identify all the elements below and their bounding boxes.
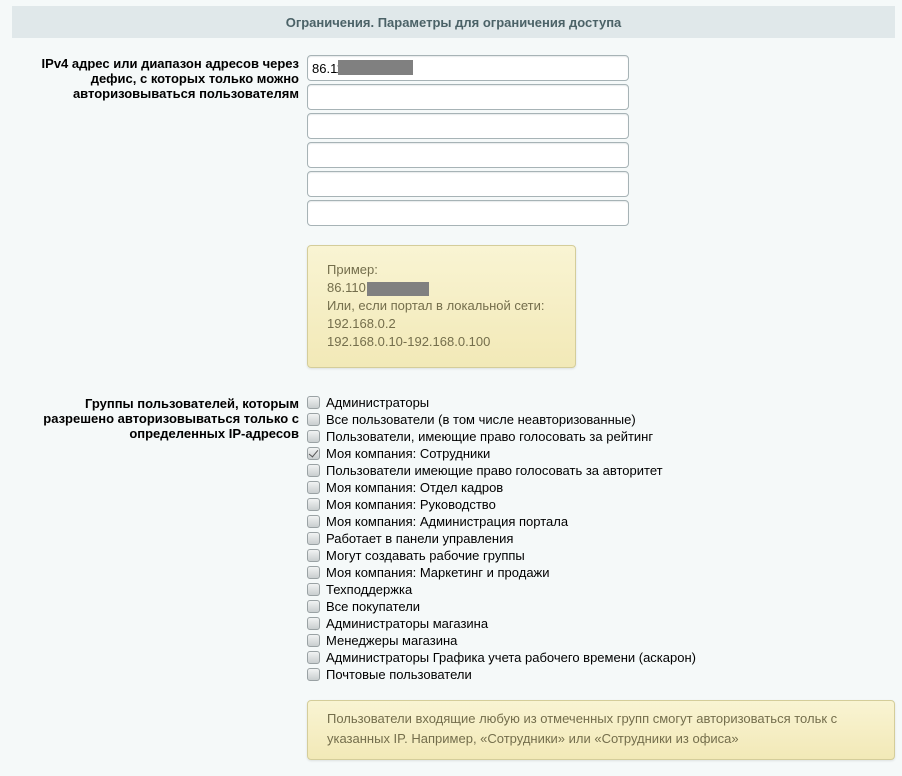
checkbox-icon[interactable] [307,515,320,528]
groups-label-line: разрешено авторизовываться только с [43,411,299,426]
checkbox-icon[interactable] [307,498,320,511]
checkbox-icon[interactable] [307,651,320,664]
ip-input-6[interactable] [307,200,629,226]
group-checkbox-label[interactable]: Работает в панели управления [326,531,513,546]
ip-input-3[interactable] [307,113,629,139]
group-checkbox-label[interactable]: Пользователи, имеющие право голосовать з… [326,429,653,444]
group-checkbox-row[interactable]: Менеджеры магазина [307,632,696,649]
hint-example-ip: 86.110 [327,279,556,297]
ip-input-4[interactable] [307,142,629,168]
groups-checkbox-list: АдминистраторыВсе пользователи (в том чи… [307,394,696,683]
group-checkbox-row[interactable]: Администраторы магазина [307,615,696,632]
hint-local-note: Или, если портал в локальной сети: [327,297,556,315]
groups-hint-line: Пользователи входящие любую из отмеченны… [327,709,875,729]
ip-label-line: IPv4 адрес или диапазон адресов через [42,56,299,71]
checkbox-icon[interactable] [307,600,320,613]
groups-hint-line: указанных IP. Например, «Сотрудники» или… [327,729,875,749]
group-checkbox-row[interactable]: Все пользователи (в том числе неавторизо… [307,411,696,428]
checkbox-checked-icon[interactable] [307,447,320,460]
group-checkbox-label[interactable]: Моя компания: Маркетинг и продажи [326,565,550,580]
group-checkbox-label[interactable]: Моя компания: Отдел кадров [326,480,503,495]
group-checkbox-row[interactable]: Все покупатели [307,598,696,615]
checkbox-icon[interactable] [307,396,320,409]
group-checkbox-label[interactable]: Пользователи имеющие право голосовать за… [326,463,663,478]
checkbox-icon[interactable] [307,634,320,647]
group-checkbox-label[interactable]: Моя компания: Сотрудники [326,446,490,461]
checkbox-icon[interactable] [307,464,320,477]
checkbox-icon[interactable] [307,413,320,426]
group-checkbox-label[interactable]: Могут создавать рабочие группы [326,548,525,563]
groups-hint-box: Пользователи входящие любую из отмеченны… [307,700,895,760]
group-checkbox-row[interactable]: Почтовые пользователи [307,666,696,683]
ip-input-5[interactable] [307,171,629,197]
checkbox-icon[interactable] [307,617,320,630]
checkbox-icon[interactable] [307,566,320,579]
redacted-block [338,60,413,75]
groups-field-label: Группы пользователей, которым разрешено … [43,396,299,441]
group-checkbox-row[interactable]: Работает в панели управления [307,530,696,547]
group-checkbox-row[interactable]: Моя компания: Маркетинг и продажи [307,564,696,581]
hint-local-ip: 192.168.0.2 [327,315,556,333]
ip-input-wrapper-1 [307,55,629,81]
group-checkbox-row[interactable]: Моя компания: Отдел кадров [307,479,696,496]
hint-local-range: 192.168.0.10-192.168.0.100 [327,333,556,351]
hint-title: Пример: [327,261,556,279]
group-checkbox-label[interactable]: Менеджеры магазина [326,633,457,648]
redacted-block [367,282,429,296]
group-checkbox-label[interactable]: Моя компания: Администрация портала [326,514,568,529]
group-checkbox-row[interactable]: Администраторы Графика учета рабочего вр… [307,649,696,666]
group-checkbox-row[interactable]: Могут создавать рабочие группы [307,547,696,564]
section-header: Ограничения. Параметры для ограничения д… [12,6,895,38]
group-checkbox-label[interactable]: Почтовые пользователи [326,667,472,682]
group-checkbox-label[interactable]: Администраторы Графика учета рабочего вр… [326,650,696,665]
group-checkbox-label[interactable]: Администраторы [326,395,429,410]
checkbox-icon[interactable] [307,430,320,443]
group-checkbox-row[interactable]: Техподдержка [307,581,696,598]
groups-label-line: определенных IP-адресов [43,426,299,441]
ip-hint-box: Пример: 86.110 Или, если портал в локаль… [307,245,576,368]
checkbox-icon[interactable] [307,668,320,681]
group-checkbox-row[interactable]: Пользователи имеющие право голосовать за… [307,462,696,479]
ip-label-line: авторизовываться пользователям [42,86,299,101]
group-checkbox-row[interactable]: Моя компания: Руководство [307,496,696,513]
ip-input-2[interactable] [307,84,629,110]
group-checkbox-label[interactable]: Моя компания: Руководство [326,497,496,512]
checkbox-icon[interactable] [307,583,320,596]
group-checkbox-label[interactable]: Все покупатели [326,599,420,614]
checkbox-icon[interactable] [307,549,320,562]
checkbox-icon[interactable] [307,532,320,545]
ip-field-label: IPv4 адрес или диапазон адресов через де… [42,56,299,101]
group-checkbox-row[interactable]: Моя компания: Администрация портала [307,513,696,530]
group-checkbox-row[interactable]: Моя компания: Сотрудники [307,445,696,462]
group-checkbox-row[interactable]: Пользователи, имеющие право голосовать з… [307,428,696,445]
group-checkbox-label[interactable]: Администраторы магазина [326,616,488,631]
ip-label-line: дефис, с которых только можно [42,71,299,86]
group-checkbox-label[interactable]: Все пользователи (в том числе неавторизо… [326,412,636,427]
section-title: Ограничения. Параметры для ограничения д… [286,15,622,30]
checkbox-icon[interactable] [307,481,320,494]
group-checkbox-label[interactable]: Техподдержка [326,582,412,597]
groups-label-line: Группы пользователей, которым [43,396,299,411]
group-checkbox-row[interactable]: Администраторы [307,394,696,411]
